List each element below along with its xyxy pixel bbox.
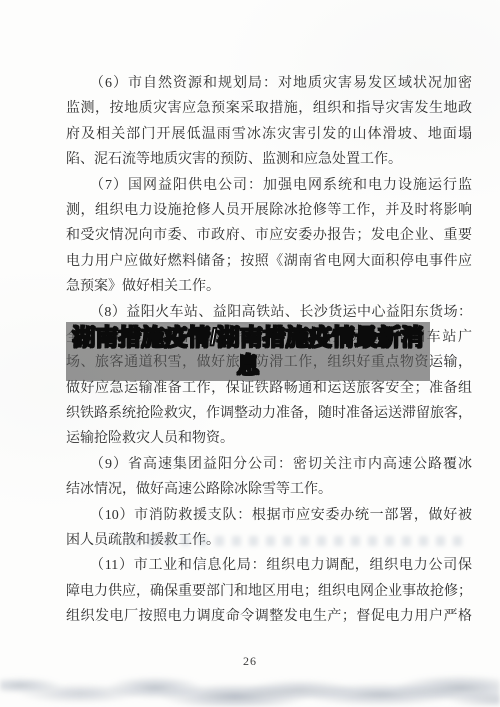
scanned-page: （6）市自然资源和规划局：对地质灾害易发区域状况加密监测，按地质灾害应急预案采取… <box>0 0 500 707</box>
text-line: 电力用户应做好燃料储备；按照《湖南省电网大面积停电事件应 <box>66 249 472 274</box>
text-line: 急预案》做好相关工作。 <box>66 274 472 299</box>
text-line: （7）国网益阳供电公司：加强电网系统和电力设施运行监 <box>66 173 472 198</box>
text-line: （9）省高速集团益阳分公司：密切关注市内高速公路覆冰 <box>66 452 472 477</box>
text-line: 监测，按地质灾害应急预案采取措施，组织和指导灾害发生地政 <box>66 96 472 121</box>
bleed-through-marks <box>130 536 468 546</box>
scan-noise <box>0 659 500 707</box>
text-line: 障电力供应，确保重要部门和地区用电；组织电网企业事故抢修； <box>66 579 472 604</box>
text-line: 运输抢险救灾人员和物资。 <box>66 426 472 451</box>
text-line: （11）市工业和信息化局：组织电力调配，组织电力公司保 <box>66 553 472 578</box>
text-line: 组织发电厂按照电力调度命令调整发电生产；督促电力用户严格 <box>66 604 472 629</box>
text-line: 和受灾情况向市委、市政府、市应安委办报告；发电企业、重要 <box>66 223 472 248</box>
text-line: 结冰情况，做好高速公路除冰除雪等工作。 <box>66 477 472 502</box>
headline-overlay: 湖南措施疫情/湖南措施疫情最新消息 <box>66 322 430 381</box>
text-line: （10）市消防救援支队：根据市应安委办统一部署，做好被 <box>66 503 472 528</box>
headline-title: 湖南措施疫情/湖南措施疫情最新消息 <box>66 323 430 379</box>
text-line: （6）市自然资源和规划局：对地质灾害易发区域状况加密 <box>66 71 472 96</box>
text-line: 测，组织电力设施抢修人员开展除冰抢修等工作，并及时将影响 <box>66 198 472 223</box>
text-line: 织铁路系统抢险救灾，作调整动力准备，随时准备运送滞留旅客， <box>66 401 472 426</box>
text-line: 陷、泥石流等地质灾害的预防、监测和应急处置工作。 <box>66 147 472 172</box>
text-line: 府及相关部门开展低温雨雪冰冻灾害引发的山体滑坡、地面塌 <box>66 122 472 147</box>
